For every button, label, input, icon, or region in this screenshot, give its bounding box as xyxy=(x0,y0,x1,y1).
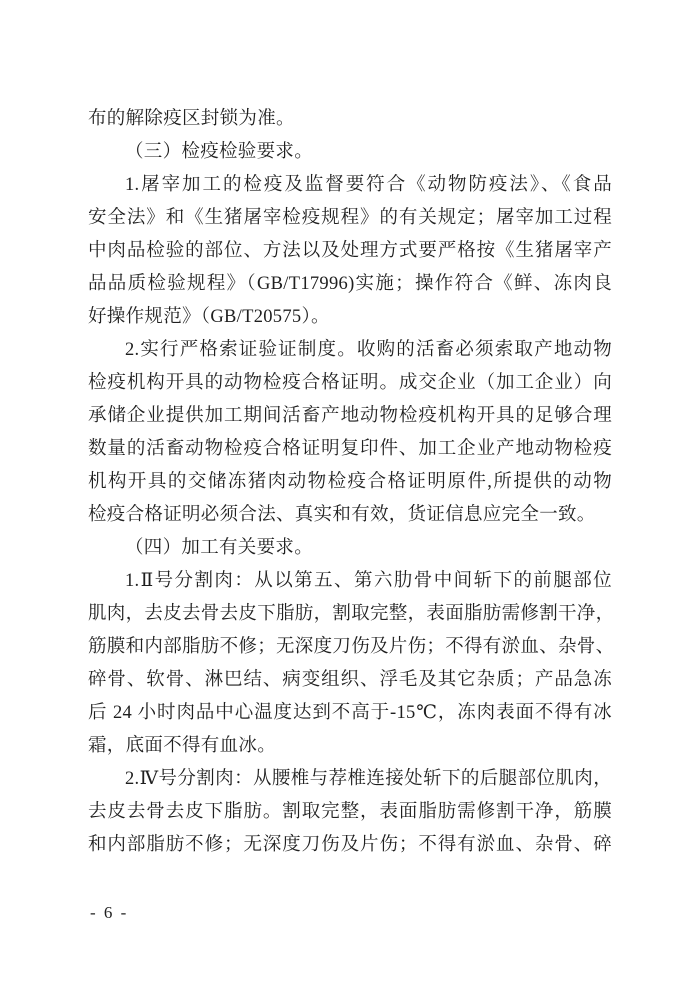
paragraph: 2.Ⅳ号分割肉：从腰椎与荐椎连接处斩下的后腿部位肌肉，去皮去骨去皮下脂肪。割取完… xyxy=(88,763,612,862)
text-line: 数量的活畜动物检疫合格证明复印件、加工企业产地动物检疫 xyxy=(88,433,612,466)
text-line: 和内部脂肪不修；无深度刀伤及片伤；不得有淤血、杂骨、碎 xyxy=(88,829,612,862)
text-line: 中肉品检验的部位、方法以及处理方式要严格按《生猪屠宰产 xyxy=(88,235,612,268)
text-line: 后 24 小时肉品中心温度达到不高于-15℃，冻肉表面不得有冰 xyxy=(88,697,612,730)
text-line: 布的解除疫区封锁为准。 xyxy=(88,103,612,136)
text-line: （三）检疫检验要求。 xyxy=(88,136,612,169)
text-line: 检疫机构开具的动物检疫合格证明。成交企业（加工企业）向 xyxy=(88,367,612,400)
page-number: - 6 - xyxy=(90,903,128,923)
text-line: （四）加工有关要求。 xyxy=(88,532,612,565)
paragraph: 1.Ⅱ号分割肉：从以第五、第六肋骨中间斩下的前腿部位肌肉，去皮去骨去皮下脂肪，割… xyxy=(88,565,612,763)
paragraph: 布的解除疫区封锁为准。 xyxy=(88,103,612,136)
text-line: 2.实行严格索证验证制度。收购的活畜必须索取产地动物 xyxy=(88,334,612,367)
text-line: 筋膜和内部脂肪不修；无深度刀伤及片伤；不得有淤血、杂骨、 xyxy=(88,631,612,664)
text-line: 承储企业提供加工期间活畜产地动物检疫机构开具的足够合理 xyxy=(88,400,612,433)
text-line: 1.屠宰加工的检疫及监督要符合《动物防疫法》、《食品 xyxy=(88,169,612,202)
text-line: 检疫合格证明必须合法、真实和有效，货证信息应完全一致。 xyxy=(88,499,612,532)
paragraph: （四）加工有关要求。 xyxy=(88,532,612,565)
text-line: 1.Ⅱ号分割肉：从以第五、第六肋骨中间斩下的前腿部位 xyxy=(88,565,612,598)
paragraph: （三）检疫检验要求。 xyxy=(88,136,612,169)
text-line: 品品质检验规程》（GB/T17996)实施；操作符合《鲜、冻肉良 xyxy=(88,268,612,301)
text-line: 安全法》和《生猪屠宰检疫规程》的有关规定；屠宰加工过程 xyxy=(88,202,612,235)
document-body: 布的解除疫区封锁为准。（三）检疫检验要求。1.屠宰加工的检疫及监督要符合《动物防… xyxy=(88,103,612,862)
text-line: 好操作规范》（GB/T20575）。 xyxy=(88,301,612,334)
text-line: 霜，底面不得有血冰。 xyxy=(88,730,612,763)
text-line: 2.Ⅳ号分割肉：从腰椎与荐椎连接处斩下的后腿部位肌肉， xyxy=(88,763,612,796)
text-line: 去皮去骨去皮下脂肪。割取完整，表面脂肪需修割干净，筋膜 xyxy=(88,796,612,829)
text-line: 肌肉，去皮去骨去皮下脂肪，割取完整，表面脂肪需修割干净， xyxy=(88,598,612,631)
text-line: 机构开具的交储冻猪肉动物检疫合格证明原件,所提供的动物 xyxy=(88,466,612,499)
document-page: 布的解除疫区封锁为准。（三）检疫检验要求。1.屠宰加工的检疫及监督要符合《动物防… xyxy=(0,0,700,989)
text-line: 碎骨、软骨、淋巴结、病变组织、浮毛及其它杂质；产品急冻 xyxy=(88,664,612,697)
paragraph: 1.屠宰加工的检疫及监督要符合《动物防疫法》、《食品安全法》和《生猪屠宰检疫规程… xyxy=(88,169,612,334)
paragraph: 2.实行严格索证验证制度。收购的活畜必须索取产地动物检疫机构开具的动物检疫合格证… xyxy=(88,334,612,532)
